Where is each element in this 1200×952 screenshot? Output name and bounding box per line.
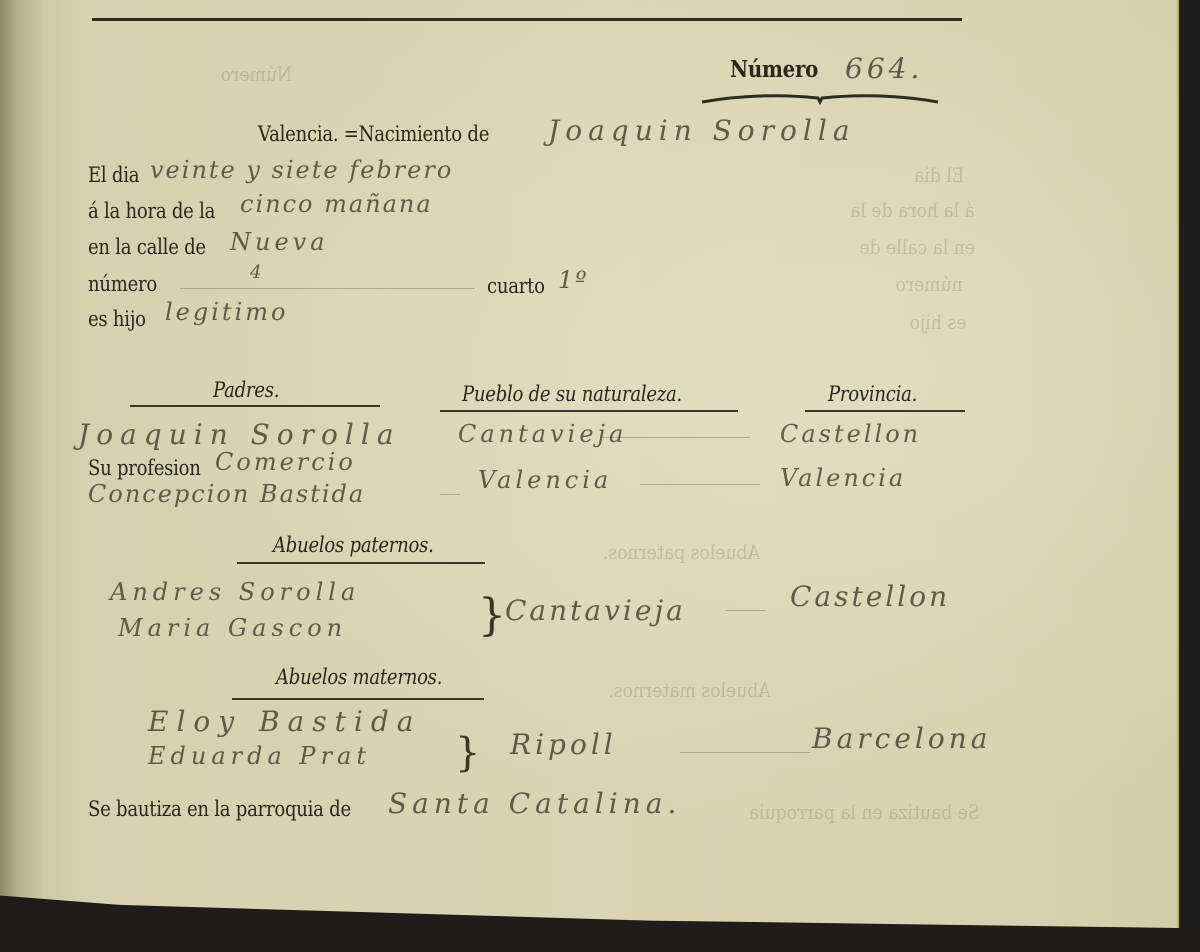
mother-pueblo-dash: [640, 484, 760, 485]
top-rule: [92, 18, 962, 21]
paternos-pueblo: Cantavieja: [505, 594, 686, 627]
profesion-label: Su profesion: [88, 456, 201, 480]
paternos-dash: [725, 610, 765, 611]
ghost-hijo: es hijo: [910, 310, 967, 334]
register-page: Número El dia á la hora de la en la call…: [0, 0, 1179, 928]
maternos-heading: Abuelos maternos.: [276, 665, 442, 689]
hijo-value: legitimo: [165, 298, 288, 326]
provincia-heading: Provincia.: [828, 382, 917, 406]
ghost-calle: en la calle de: [859, 235, 975, 259]
numero-field-line: [180, 288, 475, 289]
bautizo-label: Se bautiza en la parroquia de: [88, 797, 351, 821]
mother-pueblo: Valencia: [478, 466, 612, 494]
ghost-numero: Número: [221, 62, 292, 86]
numero-field-value: 4: [250, 262, 263, 283]
maternos-pueblo: Ripoll: [510, 728, 617, 761]
bautizo-value: Santa Catalina.: [388, 787, 681, 820]
numero-field-label: número: [88, 272, 157, 296]
hora-value: cinco mañana: [240, 190, 433, 218]
paternal-grandmother: Maria Gascon: [118, 614, 347, 642]
maternos-brace: }: [455, 730, 480, 776]
mother-dash: [440, 494, 460, 495]
calle-label: en la calle de: [88, 235, 206, 259]
numero-label: Número: [730, 56, 818, 83]
maternal-grandmother: Eduarda Prat: [148, 742, 371, 770]
ghost-el-dia: El dia: [914, 163, 964, 187]
pueblo-heading: Pueblo de su naturaleza.: [462, 382, 682, 406]
mother-name: Concepcion Bastida: [88, 480, 365, 508]
maternos-underline: [232, 698, 484, 700]
calle-value: Nueva: [230, 228, 329, 256]
ghost-numero-field: número: [895, 272, 962, 296]
maternal-grandfather: Eloy Bastida: [148, 705, 421, 738]
ghost-bautiza: Se bautiza en la parroquia: [749, 800, 980, 824]
child-name: Joaquin Sorolla: [548, 114, 856, 147]
numero-flourish: [700, 90, 940, 108]
maternos-provincia: Barcelona: [812, 722, 991, 755]
paternos-heading: Abuelos paternos.: [273, 533, 434, 557]
paternos-provincia: Castellon: [790, 580, 950, 613]
padres-underline: [130, 405, 380, 407]
title-label: Valencia. =Nacimiento de: [258, 122, 489, 146]
father-pueblo-dash: [600, 437, 750, 438]
provincia-underline: [805, 410, 965, 412]
ghost-paternos: Abuelos paternos.: [603, 540, 760, 564]
paternal-grandfather: Andres Sorolla: [110, 578, 360, 606]
father-provincia: Castellon: [780, 420, 921, 448]
hijo-label: es hijo: [88, 307, 146, 331]
ghost-hora: á la hora de la: [850, 198, 975, 222]
cuarto-value: 1º: [558, 266, 589, 294]
dia-label: El dia: [88, 163, 139, 187]
profesion-value: Comercio: [215, 448, 356, 476]
dia-value: veinte y siete febrero: [150, 156, 453, 184]
padres-heading: Padres.: [213, 378, 279, 402]
numero-value: 664.: [845, 52, 923, 85]
father-pueblo: Cantavieja: [458, 420, 627, 448]
paternos-underline: [237, 562, 485, 564]
ghost-maternos: Abuelos maternos.: [608, 678, 770, 702]
maternos-dash: [680, 752, 810, 753]
father-name: Joaquin Sorolla: [78, 418, 401, 451]
pueblo-underline: [440, 410, 738, 412]
cuarto-label: cuarto: [487, 274, 545, 298]
hora-label: á la hora de la: [88, 199, 215, 223]
mother-provincia: Valencia: [780, 464, 906, 492]
paternos-brace: }: [478, 590, 506, 641]
